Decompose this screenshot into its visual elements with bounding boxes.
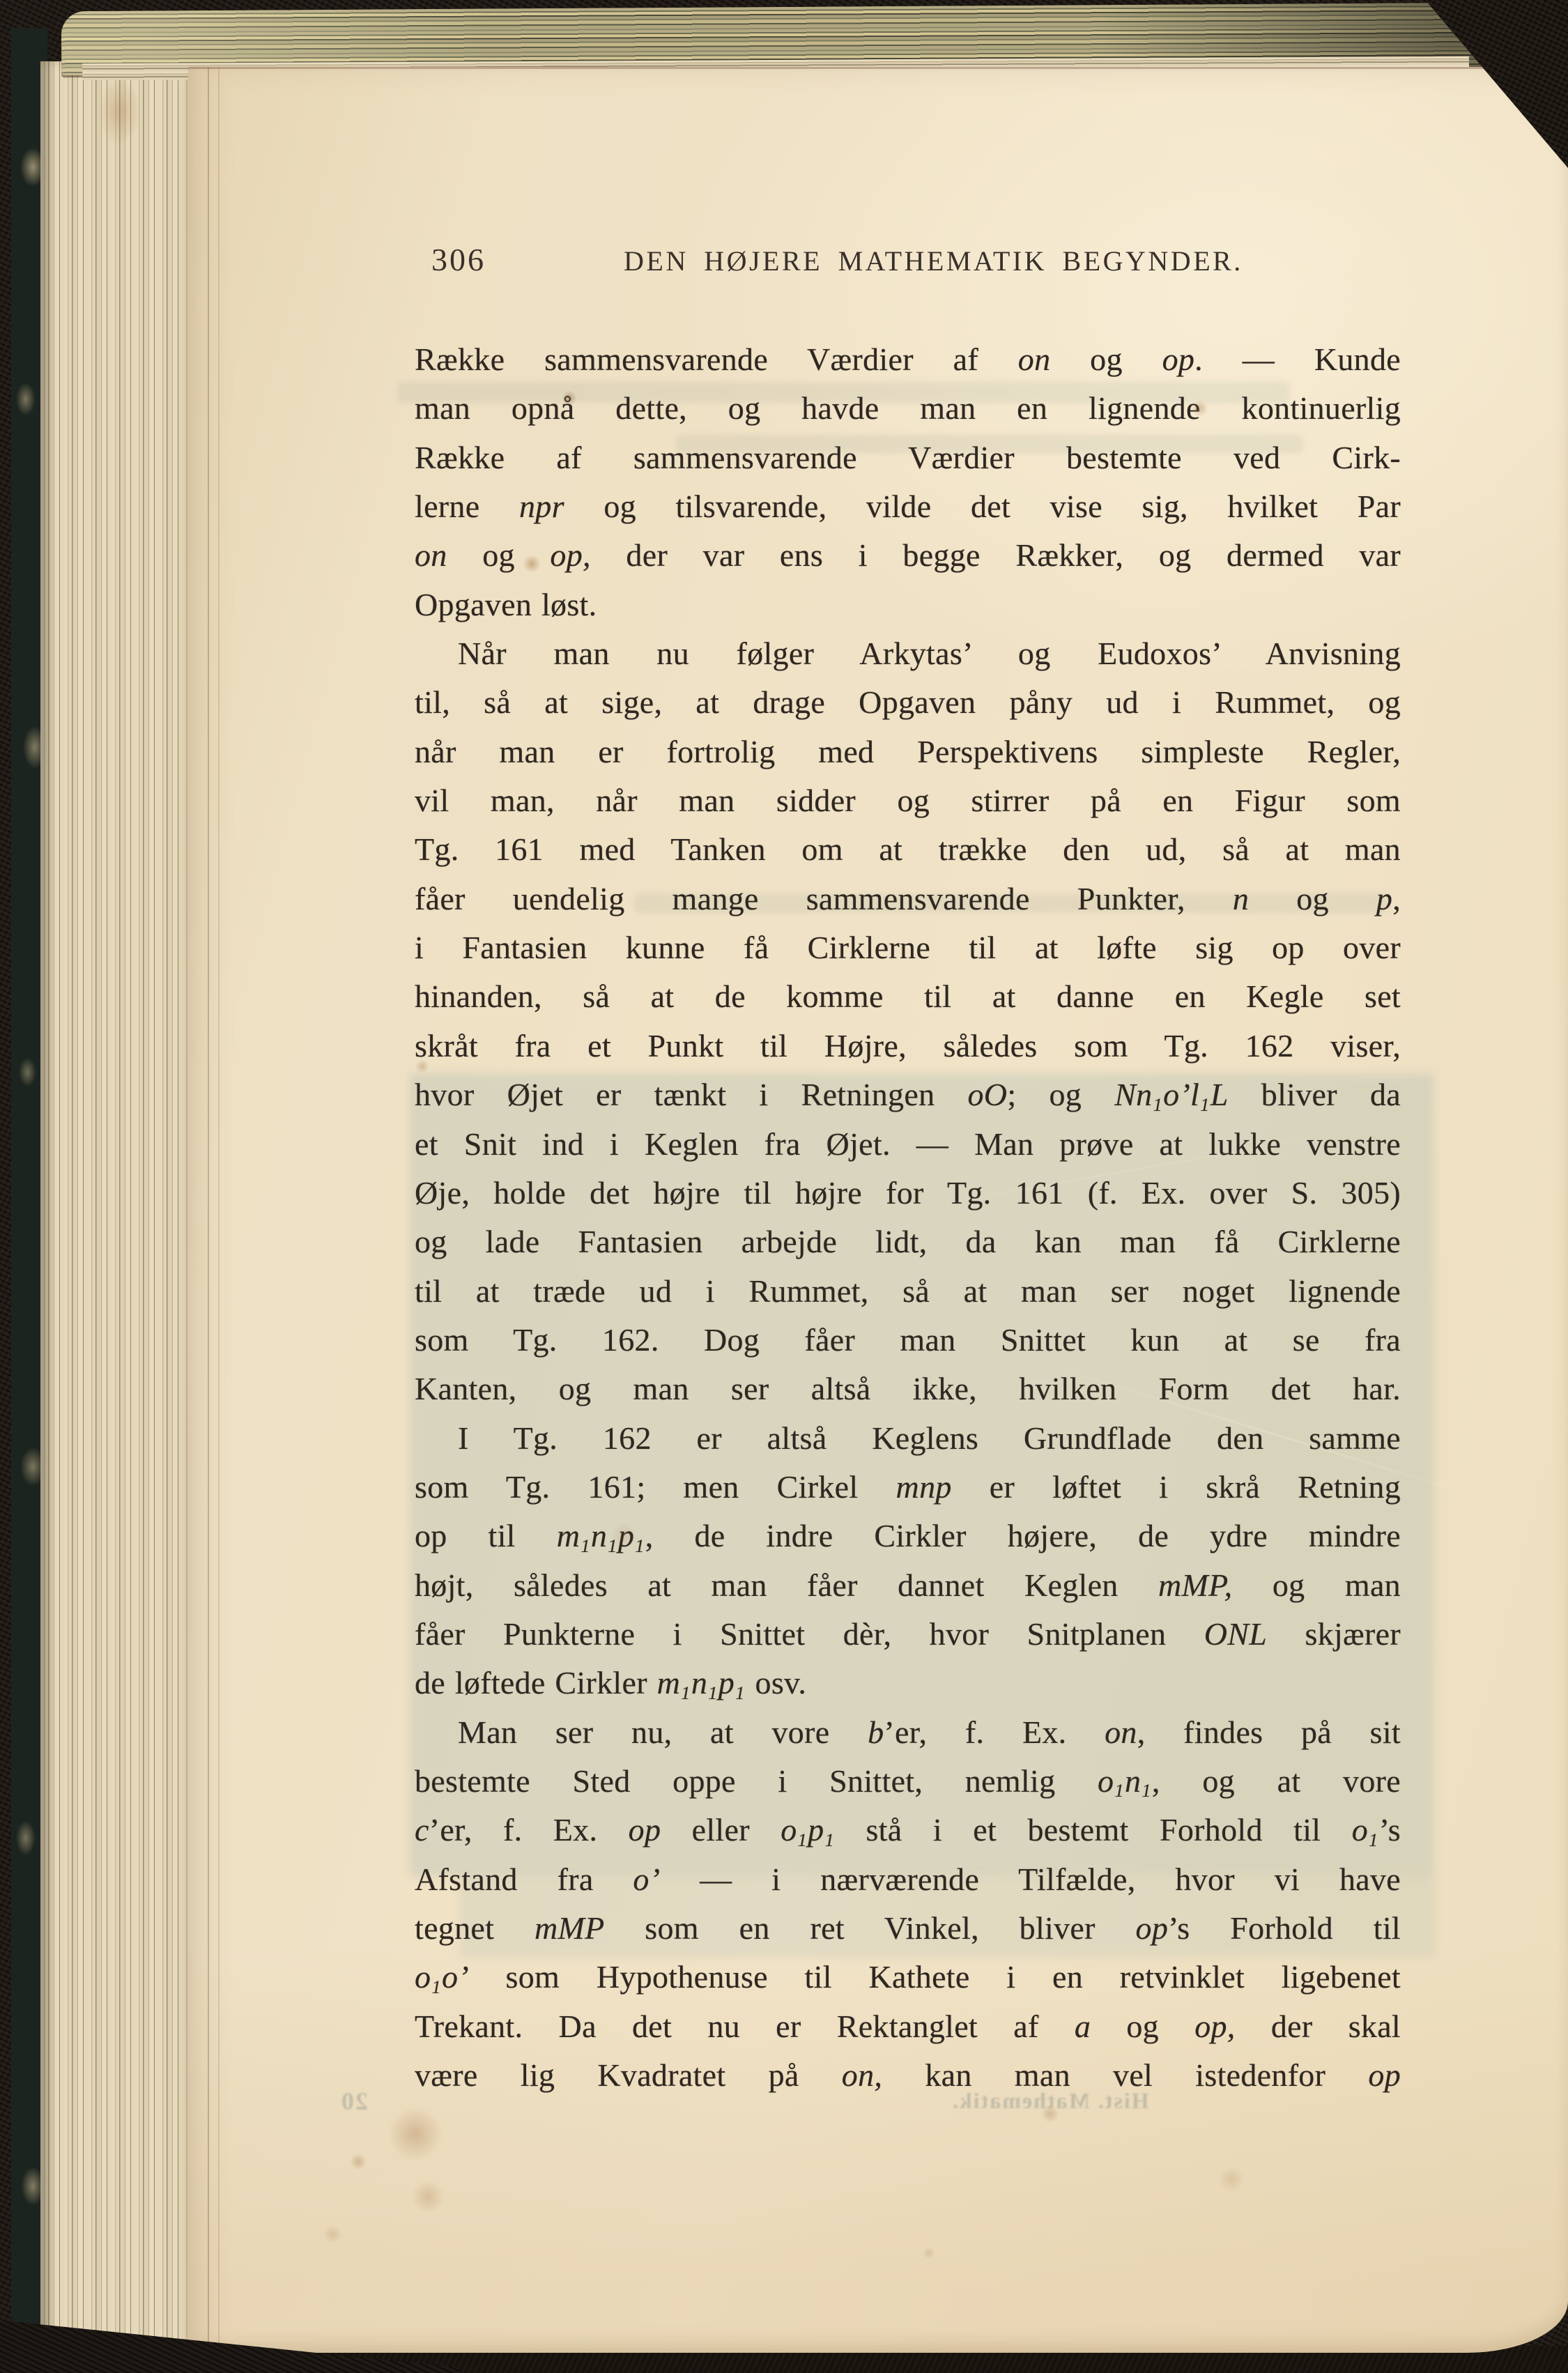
text-line: i Fantasien kunne få Cirklerne til at lø… [415, 923, 1401, 972]
page-number: 306 [431, 241, 486, 278]
text-line: fåer Punkterne i Snittet dèr, hvor Snitp… [415, 1610, 1401, 1659]
text-line: hinanden, så at de komme til at danne en… [415, 972, 1401, 1021]
text-line: man opnå dette, og havde man en lignende… [415, 384, 1401, 433]
text-block: Række sammensvarende Værdier af on og op… [415, 335, 1401, 2100]
text-line: Trekant. Da det nu er Rektanglet af a og… [415, 2002, 1401, 2051]
text-line: når man er fortrolig med Perspektivens s… [415, 728, 1401, 776]
text-line: Tg. 161 med Tanken om at trække den ud, … [415, 825, 1401, 874]
text-line: Kanten, og man ser altså ikke, hvilken F… [415, 1365, 1401, 1413]
text-line: skråt fra et Punkt til Højre, således so… [415, 1022, 1401, 1070]
text-line: højt, således at man fåer dannet Keglen … [415, 1561, 1401, 1610]
text-line: som Tg. 162. Dog fåer man Snittet kun at… [415, 1316, 1401, 1365]
text-line: Række af sammensvarende Værdier bestemte… [415, 433, 1401, 482]
text-line: til, så at sige, at drage Opgaven påny u… [415, 678, 1401, 727]
text-line: Øje, holde det højre til højre for Tg. 1… [415, 1169, 1401, 1218]
text-line: Opgaven løst. [415, 581, 1401, 629]
text-line: on og op, der var ens i begge Rækker, og… [415, 531, 1401, 580]
text-line: vil man, når man sidder og stirrer på en… [415, 776, 1401, 825]
text-line: Når man nu følger Arkytas’ og Eudoxos’ A… [415, 629, 1401, 678]
text-line: fåer uendelig mange sammensvarende Punkt… [415, 875, 1401, 923]
text-line: op til m1n1p1, de indre Cirkler højere, … [415, 1512, 1401, 1560]
text-line: c’er, f. Ex. op eller o1p1 stå i et best… [415, 1806, 1401, 1854]
previous-page-edge-line [218, 67, 220, 2353]
page-header: 306 DEN HØJERE MATHEMATIK BEGYNDER. [415, 241, 1401, 277]
text-line: lerne npr og tilsvarende, vilde det vise… [415, 482, 1401, 531]
running-title: DEN HØJERE MATHEMATIK BEGYNDER. [624, 245, 1243, 277]
text-line: til at træde ud i Rummet, så at man ser … [415, 1267, 1401, 1316]
book-photo: Hist. Mathematik. 20 306 DEN HØJERE MATH… [0, 0, 1568, 2373]
text-line: være lig Kvadratet på on, kan man vel is… [415, 2051, 1401, 2100]
text-line: Afstand fra o’ — i nærværende Tilfælde, … [415, 1855, 1401, 1904]
text-line: o1o’ som Hypothenuse til Kathete i en re… [415, 1953, 1401, 2002]
text-line: de løftede Cirkler m1n1p1 osv. [415, 1659, 1401, 1707]
show-through-signature-number: 20 [340, 2087, 368, 2116]
text-line: et Snit ind i Keglen fra Øjet. — Man prø… [415, 1120, 1401, 1169]
book-page: Hist. Mathematik. 20 306 DEN HØJERE MATH… [188, 67, 1568, 2353]
text-line: I Tg. 162 er altså Keglens Grundflade de… [415, 1414, 1401, 1463]
text-line: bestemte Sted oppe i Snittet, nemlig o1n… [415, 1757, 1401, 1806]
text-line: Række sammensvarende Værdier af on og op… [415, 335, 1401, 384]
previous-page-edge-line [208, 67, 209, 2353]
text-line: hvor Øjet er tænkt i Retningen oO; og Nn… [415, 1070, 1401, 1119]
text-line: Man ser nu, at vore b’er, f. Ex. on, fin… [415, 1708, 1401, 1757]
text-line: tegnet mMP som en ret Vinkel, bliver op’… [415, 1904, 1401, 1953]
page-stack-left-edges [40, 61, 195, 2349]
text-line: som Tg. 161; men Cirkel mnp er løftet i … [415, 1463, 1401, 1512]
text-line: og lade Fantasien arbejde lidt, da kan m… [415, 1218, 1401, 1266]
